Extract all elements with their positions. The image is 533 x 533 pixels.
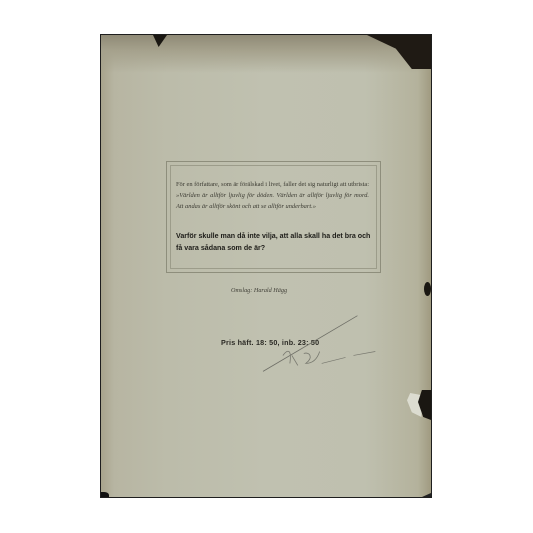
- blurb-question: Varför skulle man då inte vilja, att all…: [176, 230, 374, 254]
- blurb-intro: För en författare, som är förälskad i li…: [176, 181, 369, 188]
- blurb-text: För en författare, som är förälskad i li…: [176, 179, 369, 212]
- book-back-cover: För en författare, som är förälskad i li…: [100, 34, 432, 498]
- corner-wear: [422, 493, 431, 497]
- blurb-box: För en författare, som är förälskad i li…: [166, 161, 381, 273]
- cover-credit: Omslag: Harald Hägg: [231, 287, 287, 294]
- tear-damage: [424, 282, 431, 296]
- corner-wear: [101, 492, 109, 497]
- blurb-quote: »Världen är alltför ljuvlig för döden. V…: [176, 192, 369, 210]
- price-line: Pris häft. 18: 50, inb. 23: 50: [221, 338, 319, 347]
